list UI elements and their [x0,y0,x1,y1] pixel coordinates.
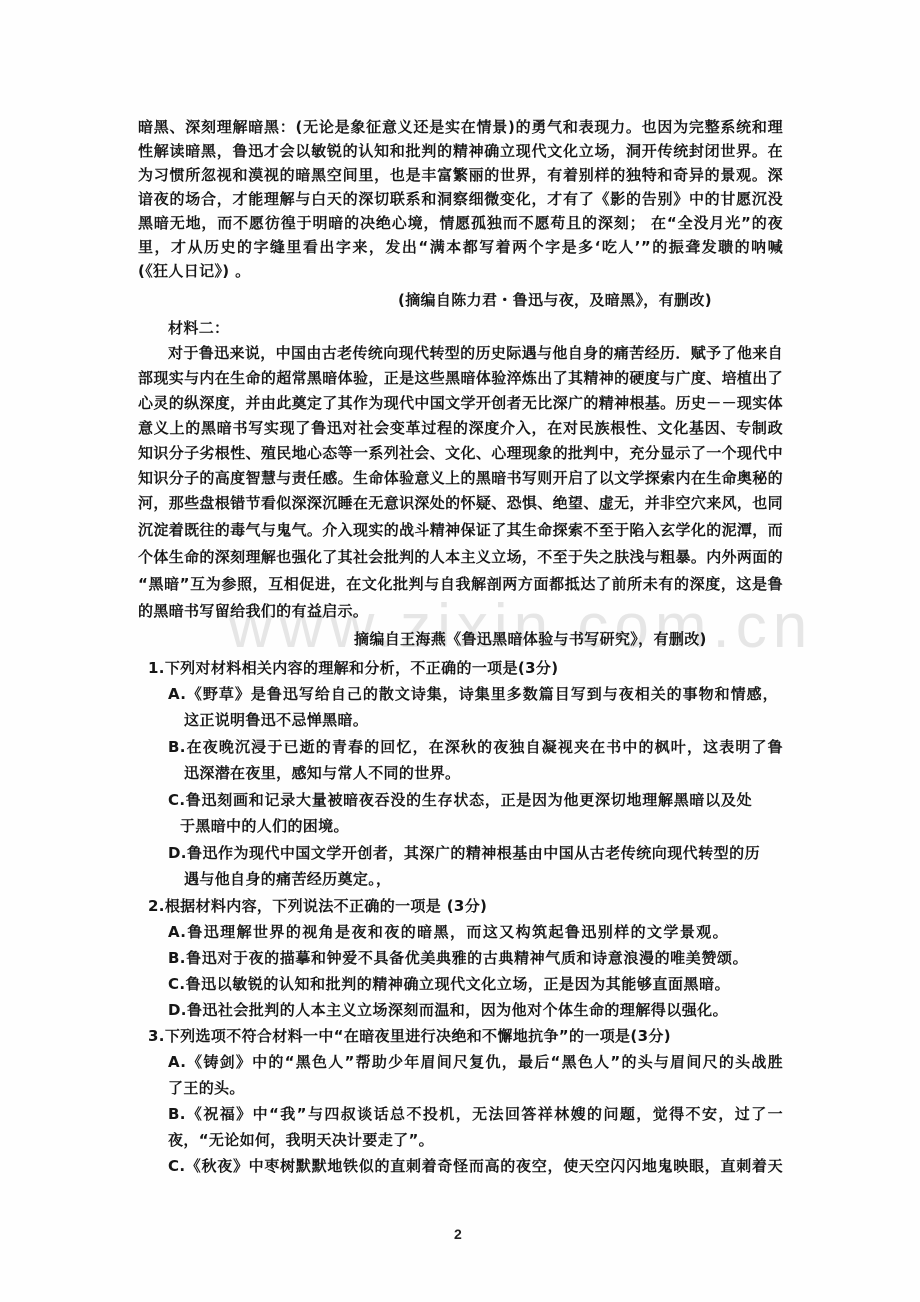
paragraph-line: 谙夜的场合，才能理解与白天的深切联系和洞察细微变化，才有了《影的告别》中的甘愿沉… [138,189,783,209]
option-c-continued: 于黑暗中的人们的困境。 [180,816,349,836]
source-citation: 摘编自王海燕《鲁迅黑暗体验与书写研究》，有删改) [354,629,707,649]
option-c: C.《秋夜》中枣树默默地铁似的直刺着奇怪而高的夜空，使天空闪闪地鬼映眼，直刺着天 [168,1156,783,1176]
paragraph-line: 个体生命的深刻理解也强化了其社会批判的人本主义立场，不至于失之肤浅与粗暴。内外两… [138,547,783,567]
document-page: www.zixin.com.cn 暗黑、深刻理解暗黑：(无论是象征意义还是实在情… [0,0,920,1302]
option-b: B.鲁迅对于夜的描摹和钟爱不具备优美典雅的古典精神气质和诗意浪漫的唯美赞颂。 [168,948,748,968]
paragraph-line: 黑暗无地，而不愿彷徨于明暗的决绝心境，情愿孤独而不愿苟且的深刻； 在“全没月光”… [138,213,783,233]
source-citation: (摘编自陈力君・鲁迅与夜，及暗黑》，有删改) [398,290,712,310]
paragraph-line: 对于鲁迅来说，中国由古老传统向现代转型的历史际遇与他自身的痛苦经历．赋予了他来自… [168,343,783,363]
option-d: D.鲁迅作为现代中国文学开创者，其深广的精神根基由中国从古老传统向现代转型的历史… [168,843,760,863]
paragraph-line: 意义上的黑暗书写实现了鲁迅对社会变革过程的深度介入，在对民族根性、文化基因、专制… [138,418,783,438]
question-stem: 1.下列对材料相关内容的理解和分析，不正确的一项是(3分) [148,658,558,678]
section-heading: 材料二： [168,318,229,338]
page-content: 暗黑、深刻理解暗黑：(无论是象征意义还是实在情景)的勇气和表现力。也因为完整系统… [0,0,920,1302]
question-stem: 2.根据材料内容，下列说法不正确的一项是 (3分) [148,896,487,916]
option-a: A.《野草》是鲁迅写给自己的散文诗集，诗集里多数篇目写到与夜相关的事物和情感， [168,684,778,704]
paragraph-line: 心灵的纵深度，并由此奠定了其作为现代中国文学开创者无比深广的精神根基。历史－－现… [138,393,783,413]
page-number: 2 [454,1226,462,1242]
option-a: A.鲁迅理解世界的视角是夜和夜的暗黑，而这又构筑起鲁迅别样的文学景观。 [168,922,728,942]
paragraph-line: 里，才从历史的字缝里看出字来，发出“满本都写着两个字是多‘吃人’”的振聋发聩的呐… [138,237,783,257]
paragraph-line: 沉淀着既往的毒气与鬼气。介入现实的战斗精神保证了其生命探索不至于陷入玄学化的泥潭… [138,520,783,540]
option-b: B.在夜晚沉浸于已逝的青春的回忆，在深秋的夜独自凝视夹在书中的枫叶，这表明了鲁 [168,737,783,757]
paragraph-line: 暗黑、深刻理解暗黑：(无论是象征意义还是实在情景)的勇气和表现力。也因为完整系统… [138,117,783,137]
paragraph-line: 部现实与内在生命的超常黑暗体验，正是这些黑暗体验淬炼出了其精神的硬度与广度、培植… [138,368,783,388]
option-d-continued: 遇与他自身的痛苦经历奠定。， [184,869,391,889]
paragraph-line: 性解读暗黑，鲁迅才会以敏锐的认知和批判的精神确立现代文化立场，洞开传统封闭世界。… [138,141,783,161]
option-b: B.《祝福》中“我”与四叔谈话总不投机，无法回答祥林嫂的问题，觉得不安，过了一 [168,1104,783,1124]
paragraph-line: 知识分子劣根性、殖民地心态等一系列社会、文化、心理现象的批判中，充分显示了一个现… [138,443,783,463]
option-c: C.鲁迅刻画和记录大量被暗夜吞没的生存状态，正是因为他更深切地理解黑暗以及处 [168,790,752,810]
paragraph-line: 河，那些盘根错节看似深深沉睡在无意识深处的怀疑、恐惧、绝望、虚无，并非空穴来风，… [138,493,783,513]
paragraph-line: 的黑暗书写留给我们的有益启示。 [138,601,368,621]
option-b-continued: 夜，“无论如何，我明天决计要走了”。 [168,1130,434,1150]
option-a: A.《铸剑》中的“黑色人”帮助少年眉间尺复仇，最后“黑色人”的头与眉间尺的头战胜 [168,1052,783,1072]
question-stem: 3.下列选项不符合材料一中“在暗夜里进行决绝和不懈地抗争”的一项是(3分) [148,1026,671,1046]
option-b-continued: 迅深潜在夜里，感知与常人不同的世界。 [184,763,460,783]
paragraph-line: “黑暗”互为参照，互相促进，在文化批判与自我解剖两方面都抵达了前所未有的深度，这… [138,574,783,594]
option-a-continued: 了王的头。 [168,1078,245,1098]
paragraph-line: 知识分子的高度智慧与责任感。生命体验意义上的黑暗书写则开启了以文学探索内在生命奥… [138,468,783,488]
option-d: D.鲁迅社会批判的人本主义立场深刻而温和，因为他对个体生命的理解得以强化。 [168,1000,728,1020]
option-c: C.鲁迅以敏锐的认知和批判的精神确立现代文化立场，正是因为其能够直面黑暗。 [168,974,730,994]
paragraph-line: 为习惯所忽视和漠视的暗黑空间里，也是丰富繁丽的世界，有着别样的独特和奇异的景观。… [138,165,783,185]
option-a-continued: 这正说明鲁迅不忌惮黑暗。 [184,710,368,730]
paragraph-line: (《狂人日记》) 。 [138,261,250,281]
